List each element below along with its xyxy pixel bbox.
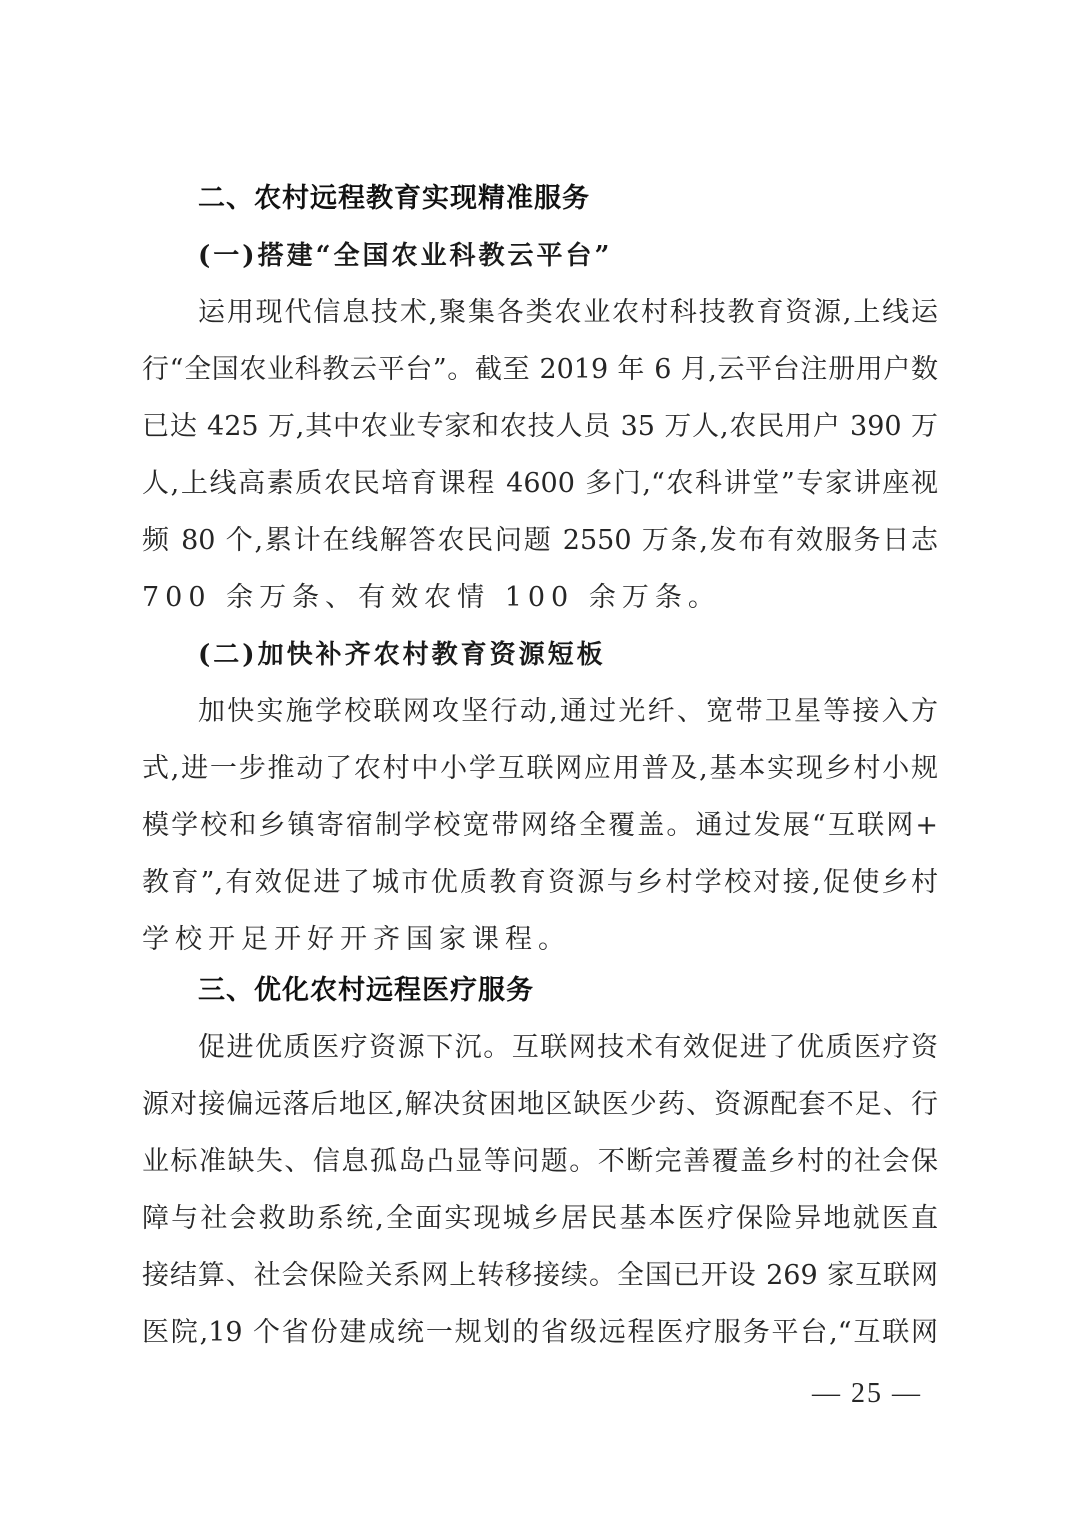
page-number: — 25 — bbox=[812, 1376, 922, 1412]
paragraph-line: 频 80 个,累计在线解答农民问题 2550 万条,发布有效服务日志 bbox=[142, 523, 938, 559]
paragraph-line: 运用现代信息技术,聚集各类农业农村科技教育资源,上线运 bbox=[198, 295, 938, 331]
paragraph-line: 学校开足开好开齐国家课程。 bbox=[142, 922, 938, 958]
paragraph-line: 促进优质医疗资源下沉。互联网技术有效促进了优质医疗资 bbox=[198, 1030, 938, 1066]
paragraph-line: 源对接偏远落后地区,解决贫困地区缺医少药、资源配套不足、行 bbox=[142, 1087, 938, 1123]
paragraph-line: 700 余万条、有效农情 100 余万条。 bbox=[142, 580, 938, 616]
document-page: 二、农村远程教育实现精准服务 (一)搭建“全国农业科教云平台” 运用现代信息技术… bbox=[0, 0, 1080, 1527]
section-heading-2: 二、农村远程教育实现精准服务 bbox=[198, 181, 938, 217]
paragraph-line: 已达 425 万,其中农业专家和农技人员 35 万人,农民用户 390 万 bbox=[142, 409, 938, 445]
paragraph-line: 式,进一步推动了农村中小学互联网应用普及,基本实现乡村小规 bbox=[142, 751, 938, 787]
paragraph-line: 加快实施学校联网攻坚行动,通过光纤、宽带卫星等接入方 bbox=[198, 694, 938, 730]
paragraph-line: 行“全国农业科教云平台”。截至 2019 年 6 月,云平台注册用户数 bbox=[142, 352, 938, 388]
paragraph-line: 医院,19 个省份建成统一规划的省级远程医疗服务平台,“互联网 bbox=[142, 1315, 938, 1351]
paragraph-line: 业标准缺失、信息孤岛凸显等问题。不断完善覆盖乡村的社会保 bbox=[142, 1144, 938, 1180]
section-heading-3: 三、优化农村远程医疗服务 bbox=[198, 973, 938, 1009]
paragraph-line: 人,上线高素质农民培育课程 4600 多门,“农科讲堂”专家讲座视 bbox=[142, 466, 938, 502]
paragraph-line: 接结算、社会保险关系网上转移接续。全国已开设 269 家互联网 bbox=[142, 1258, 938, 1294]
paragraph-line: 模学校和乡镇寄宿制学校宽带网络全覆盖。通过发展“互联网+ bbox=[142, 808, 938, 844]
subsection-heading-2-2: (二)加快补齐农村教育资源短板 bbox=[198, 637, 938, 673]
paragraph-line: 教育”,有效促进了城市优质教育资源与乡村学校对接,促使乡村 bbox=[142, 865, 938, 901]
subsection-heading-2-1: (一)搭建“全国农业科教云平台” bbox=[198, 238, 938, 274]
paragraph-line: 障与社会救助系统,全面实现城乡居民基本医疗保险异地就医直 bbox=[142, 1201, 938, 1237]
